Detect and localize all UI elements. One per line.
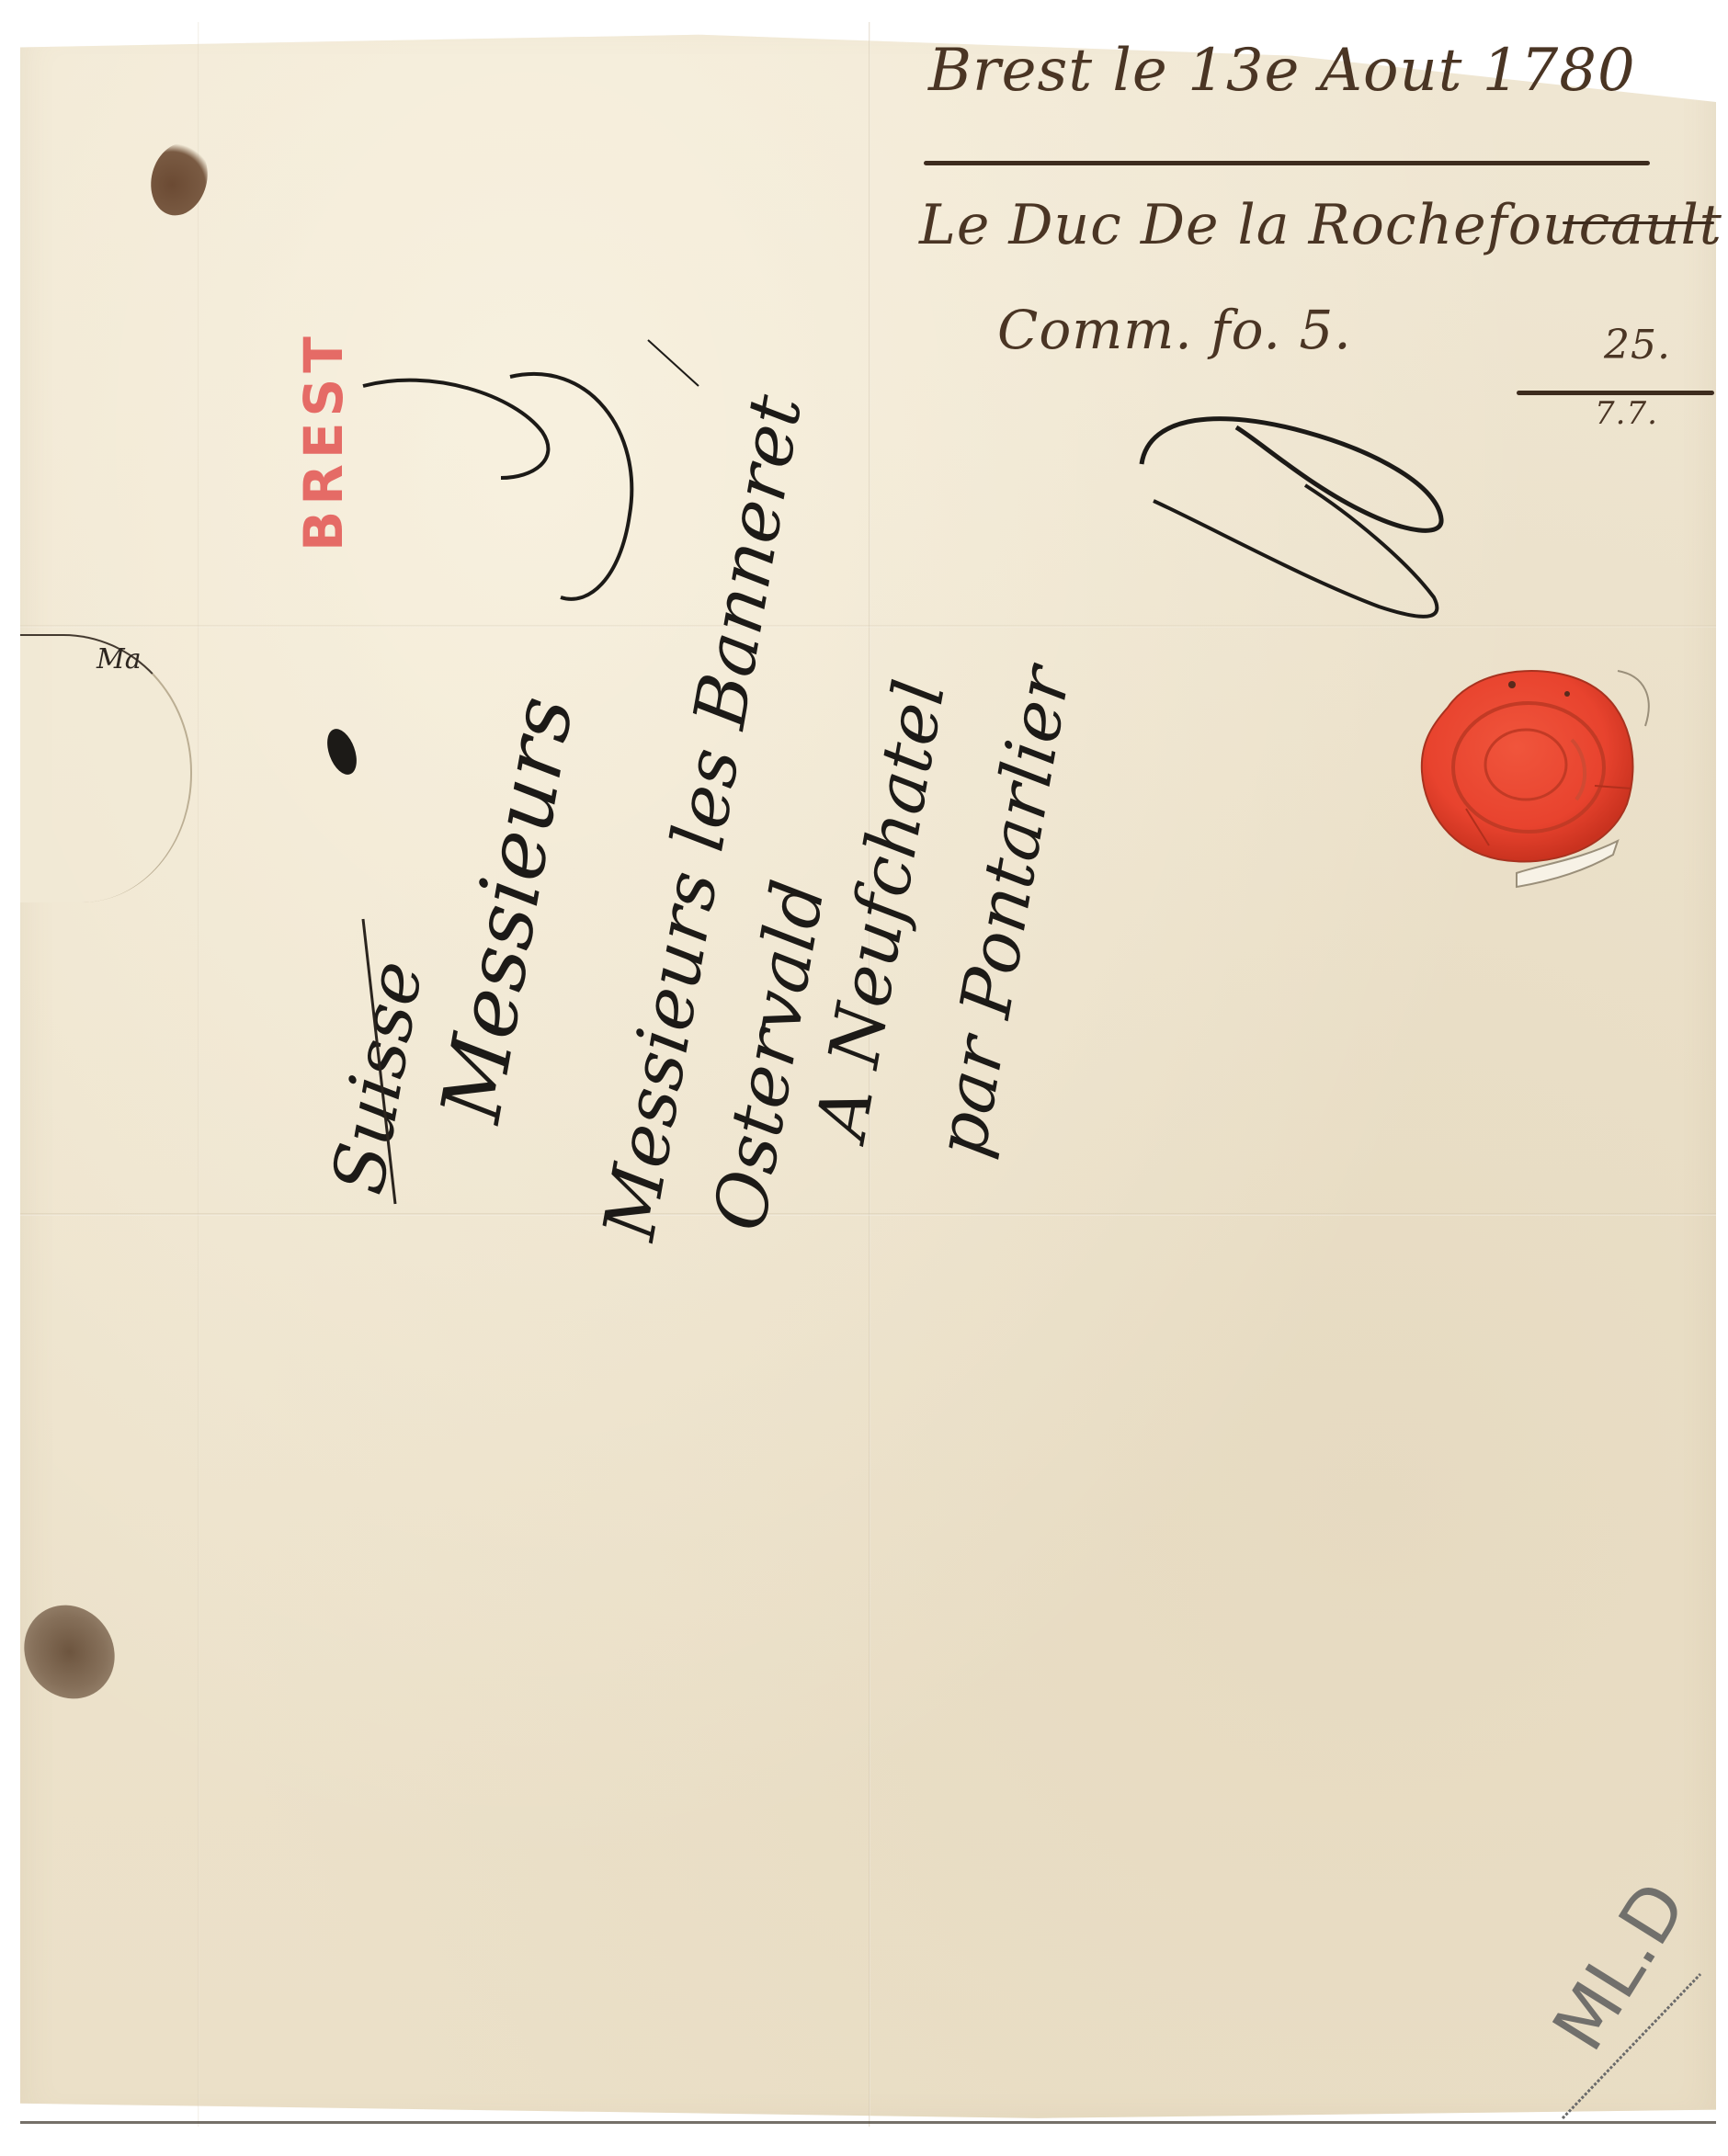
red-postmark: BREST <box>292 331 355 551</box>
wax-seal <box>1411 652 1650 873</box>
horizontal-fold-line <box>20 1213 1716 1216</box>
docket-sender-line: Le Duc De la Rochefoucault <box>919 193 1722 257</box>
bottom-edge <box>20 2121 1716 2124</box>
upper-fold-line <box>20 625 1716 628</box>
postage-amount: 25. <box>1604 322 1671 369</box>
docket-reference-line: Comm. fo. 5. <box>997 299 1352 361</box>
postage-amount-sub: 7.7. <box>1595 395 1658 432</box>
left-fold-line <box>198 22 199 2127</box>
docket-name-tail-line <box>1563 221 1714 224</box>
fragment-text: Ma <box>97 643 142 675</box>
docket-underline <box>924 161 1650 165</box>
docket-date-line: Brest le 13e Aout 1780 <box>928 37 1636 105</box>
